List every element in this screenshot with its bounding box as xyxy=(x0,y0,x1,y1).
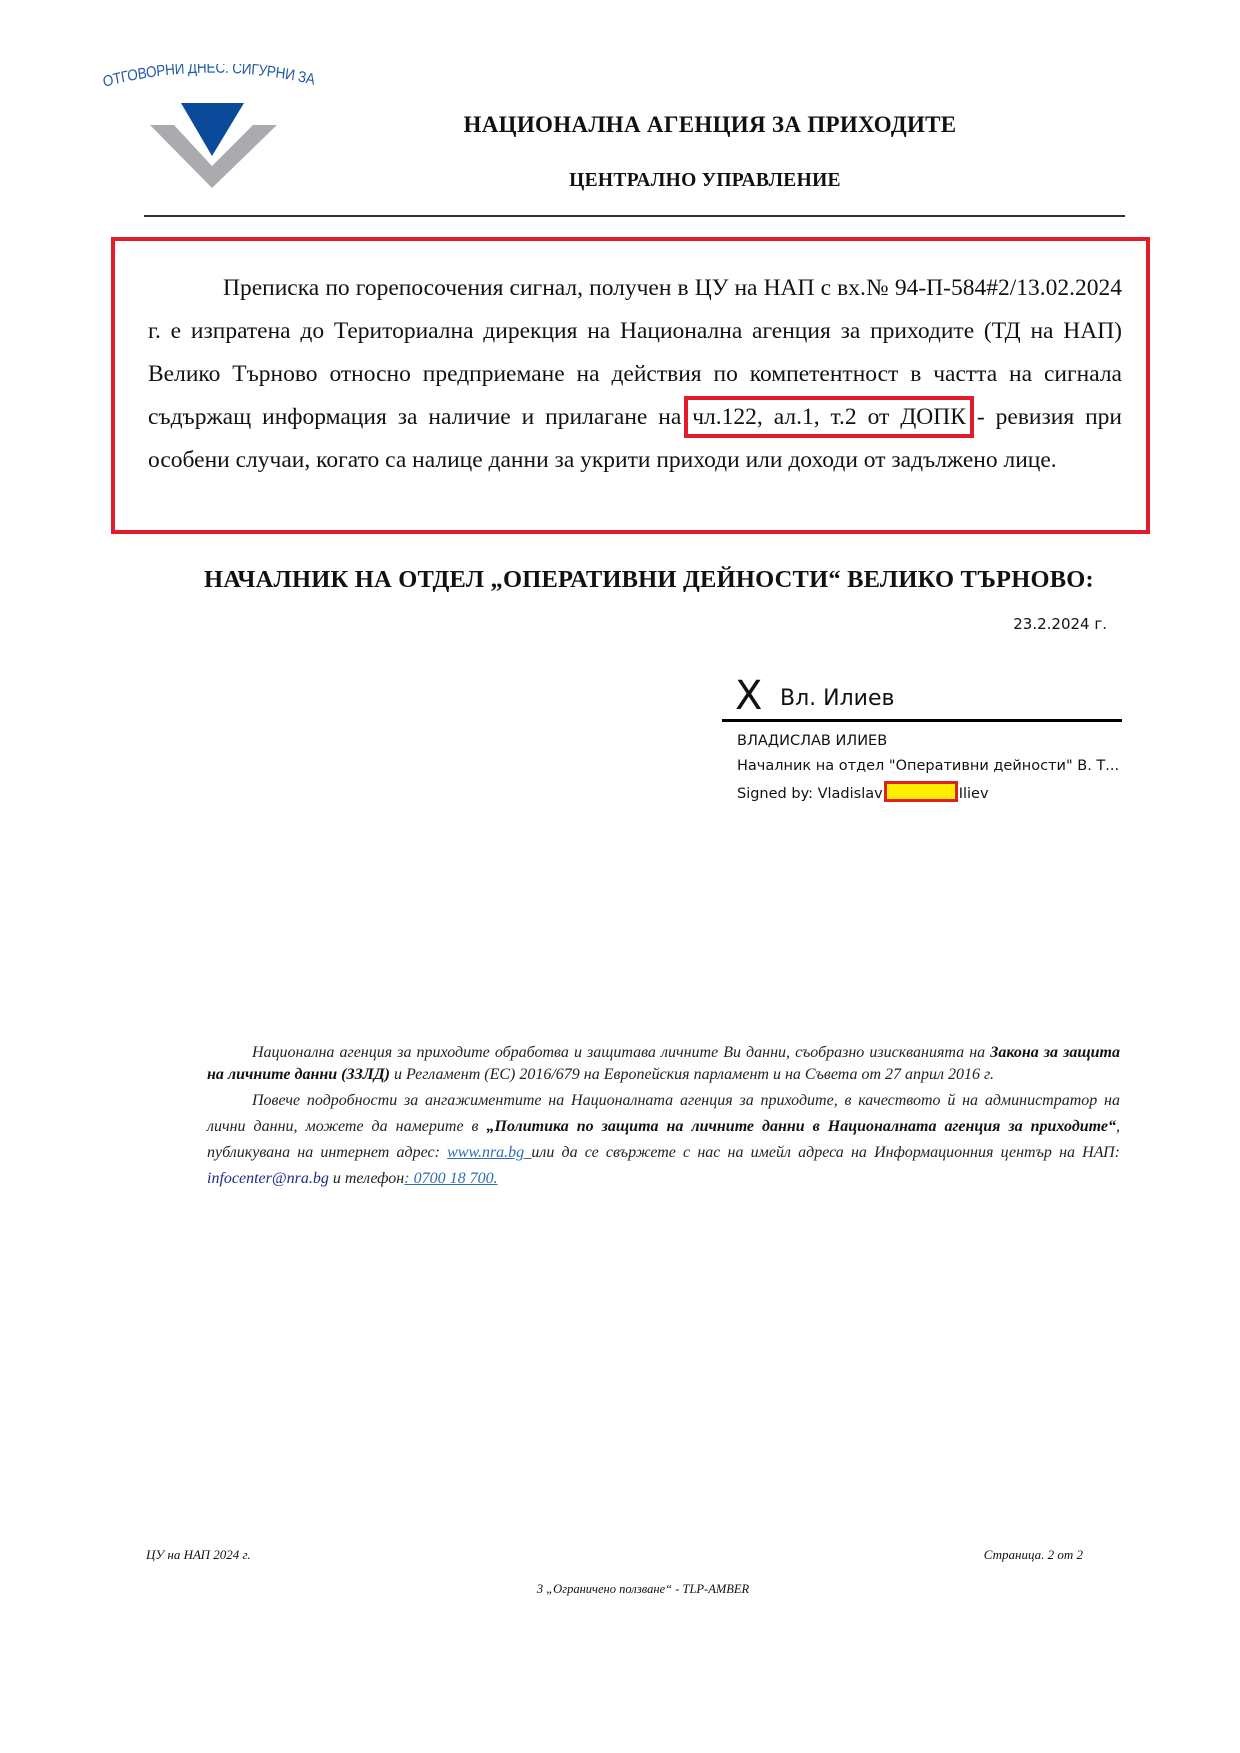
footer-left: ЦУ на НАП 2024 г. xyxy=(146,1547,251,1563)
signature-date: 23.2.2024 г. xyxy=(900,615,1107,633)
signer-position: Началник на отдел "Оперативни дейности" … xyxy=(737,757,1119,775)
svg-text:ОТГОВОРНИ ДНЕС. СИГУРНИ ЗА УТР: ОТГОВОРНИ ДНЕС. СИГУРНИ ЗА УТРЕ. xyxy=(96,64,317,91)
privacy-paragraph-1: Национална агенция за приходите обработв… xyxy=(207,1042,1120,1086)
privacy-text: и телефон xyxy=(329,1170,404,1187)
privacy-notice: Национална агенция за приходите обработв… xyxy=(207,1042,1120,1192)
agency-title: НАЦИОНАЛНА АГЕНЦИЯ ЗА ПРИХОДИТЕ xyxy=(300,112,1120,138)
body-paragraph: Преписка по горепосочения сигнал, получе… xyxy=(148,267,1122,482)
signature-line xyxy=(722,719,1122,722)
department-heading: НАЧАЛНИК НА ОТДЕЛ „ОПЕРАТИВНИ ДЕЙНОСТИ“ … xyxy=(204,566,1124,594)
signature-short-name: Вл. Илиев xyxy=(780,686,894,712)
header-divider xyxy=(144,215,1125,217)
agency-subtitle: ЦЕНТРАЛНО УПРАВЛЕНИЕ xyxy=(300,170,1110,192)
privacy-text: Национална агенция за приходите обработв… xyxy=(252,1044,990,1061)
classification-label: 3 „Ограничено ползване“ - TLP-AMBER xyxy=(340,1582,946,1597)
privacy-paragraph-2: Повече подробности за ангажиментите на Н… xyxy=(207,1088,1120,1192)
signed-by-suffix: Iliev xyxy=(959,786,989,802)
nra-v-logo-icon: ОТГОВОРНИ ДНЕС. СИГУРНИ ЗА УТРЕ. xyxy=(96,64,326,199)
highlighted-legal-reference: чл.122, ал.1, т.2 от ДОПК xyxy=(692,404,966,430)
signed-by-line: Signed by: VladislavIliev xyxy=(737,781,989,803)
nra-logo: ОТГОВОРНИ ДНЕС. СИГУРНИ ЗА УТРЕ. xyxy=(96,64,326,199)
privacy-text: и Регламент (ЕС) 2016/679 на Европейския… xyxy=(390,1066,994,1083)
phone-link[interactable]: : 0700 18 700. xyxy=(404,1170,497,1187)
page-number: Страница. 2 от 2 xyxy=(880,1547,1083,1563)
redaction-mark xyxy=(884,781,958,802)
privacy-policy-title: „Политика по защита на личните данни в Н… xyxy=(487,1118,1117,1135)
website-link[interactable]: www.nra.bg xyxy=(447,1144,531,1161)
signed-by-prefix: Signed by: Vladislav xyxy=(737,786,883,802)
signature-x-mark: X xyxy=(735,676,762,716)
privacy-text: или да се свържете с нас на имейл адреса… xyxy=(531,1144,1120,1161)
email-link[interactable]: infocenter@nra.bg xyxy=(207,1170,329,1187)
signer-full-name: ВЛАДИСЛАВ ИЛИЕВ xyxy=(737,732,887,750)
